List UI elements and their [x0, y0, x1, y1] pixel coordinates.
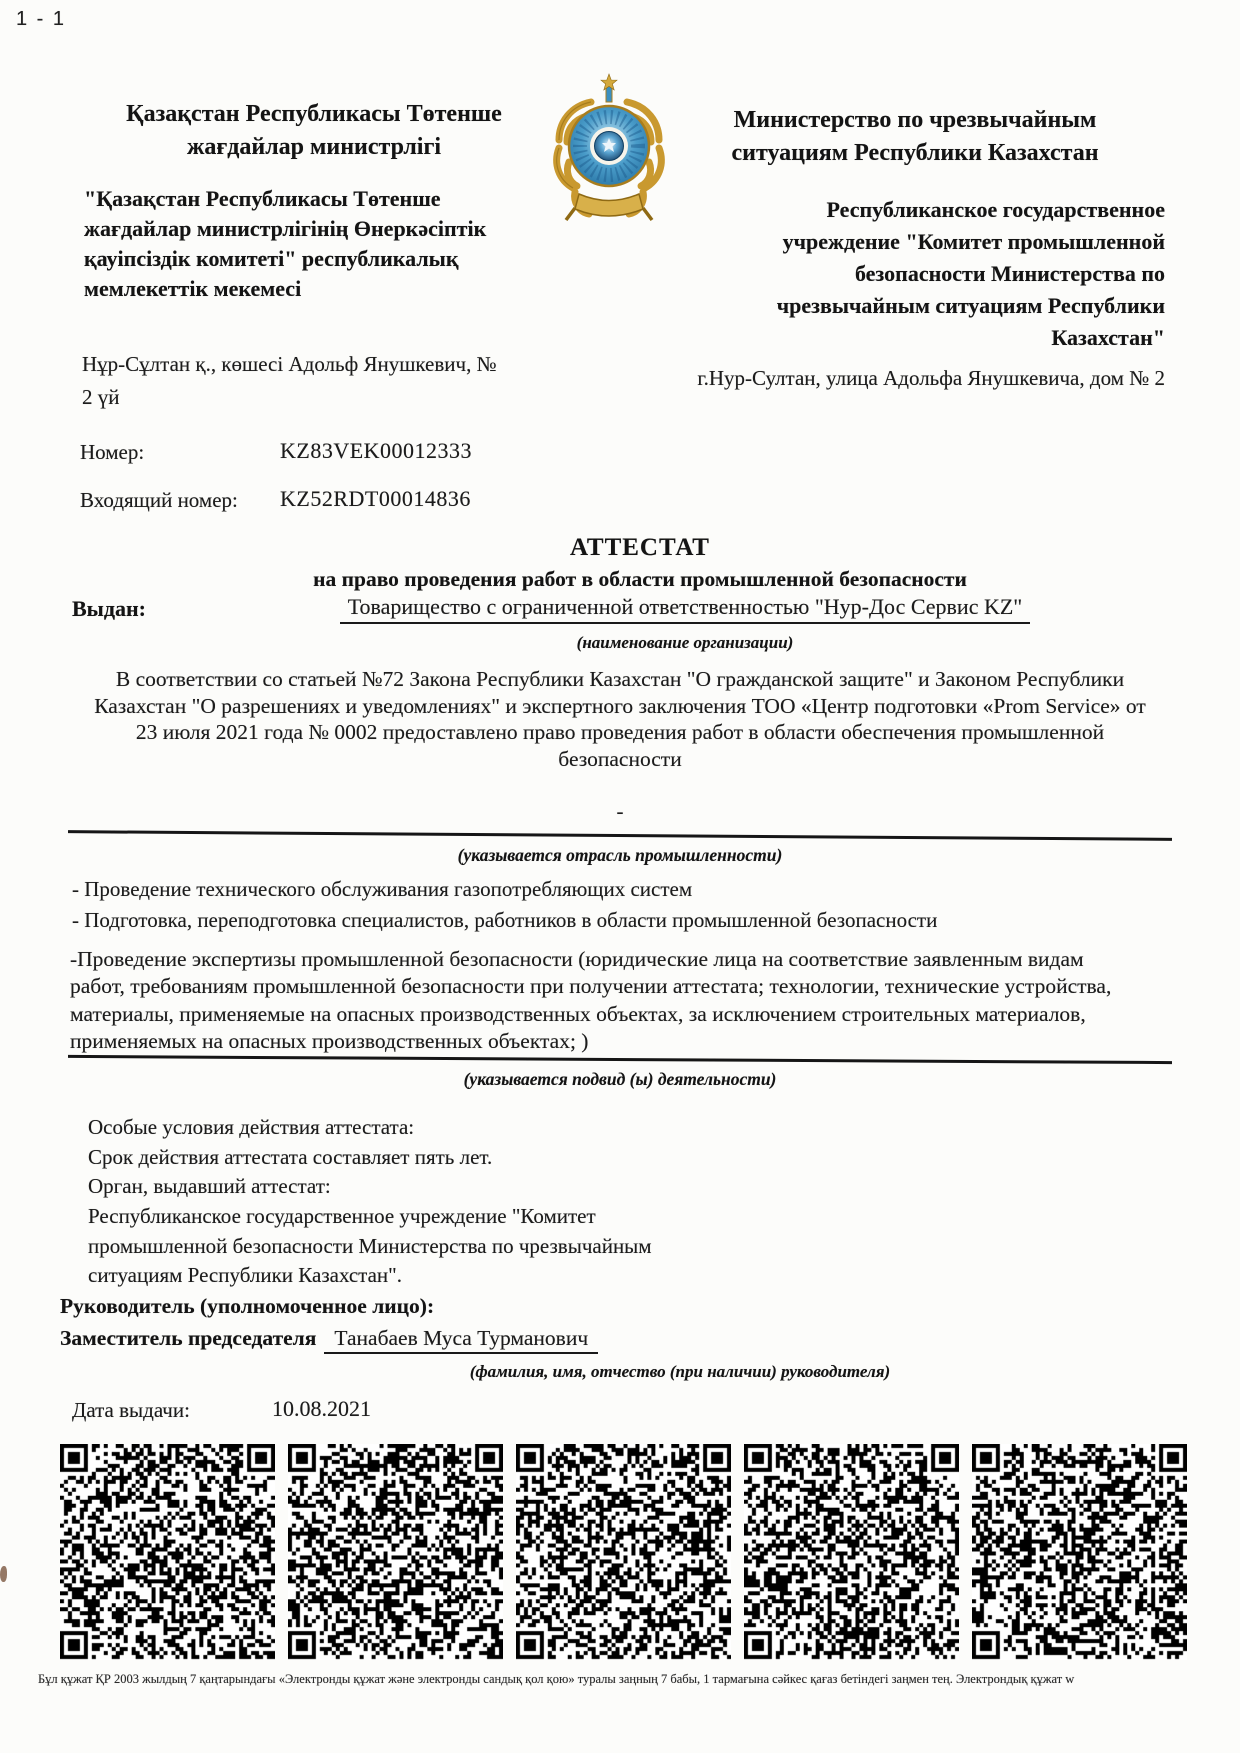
industry-rule-line: [68, 830, 1172, 841]
qr-code: [288, 1444, 503, 1660]
signatory-line: Заместитель председателяТанабаев Муса Ту…: [60, 1326, 598, 1351]
subtype-rule-line: [68, 1055, 1172, 1064]
certificate-subtitle: на право проведения работ в области пром…: [60, 567, 1220, 592]
authority-label-line: Орган, выдавший аттестат:: [88, 1172, 788, 1202]
issued-to-label: Выдан:: [72, 596, 146, 622]
industry-placeholder-dash: -: [0, 799, 1240, 824]
organization-line: Товарищество с ограниченной ответственно…: [240, 594, 1130, 624]
certificate-title: АТТЕСТАТ: [60, 534, 1220, 562]
validity-line: Срок действия аттестата составляет пять …: [88, 1143, 788, 1173]
conditions-block: Особые условия действия аттестата: Срок …: [88, 1113, 788, 1202]
institution-name-kazakh: "Қазақстан Республикасы Төтенше жағдайла…: [84, 184, 524, 304]
issue-date-value: 10.08.2021: [272, 1396, 371, 1422]
qr-code: [744, 1444, 959, 1660]
legal-basis-paragraph: В соответствии со статьей №72 Закона Рес…: [90, 666, 1150, 772]
address-kazakh: Нұр-Сұлтан қ., көшесі Адольф Янушкевич, …: [82, 348, 512, 414]
qr-code-row: [60, 1444, 1187, 1660]
electronic-document-note: Бұл құжат ҚР 2003 жылдың 7 қаңтарындағы …: [38, 1672, 1238, 1687]
scan-artifact: [0, 1566, 7, 1582]
signatory-name: Танабаев Муса Турманович: [324, 1326, 598, 1354]
issue-date-label: Дата выдачи:: [72, 1398, 190, 1423]
work-item: - Проведение технического обслуживания г…: [72, 877, 1192, 902]
qr-code: [60, 1444, 275, 1660]
address-russian: г.Нур-Султан, улица Адольфа Янушкевича, …: [665, 362, 1165, 395]
expertise-paragraph: -Проведение экспертизы промышленной безо…: [70, 946, 1120, 1055]
signatory-caption: (фамилия, имя, отчество (при наличии) ру…: [280, 1362, 1080, 1382]
page-number: 1 - 1: [16, 8, 66, 31]
qr-code: [972, 1444, 1187, 1660]
qr-code: [516, 1444, 731, 1660]
incoming-number-value: KZ52RDT00014836: [280, 486, 471, 512]
work-item: - Подготовка, переподготовка специалисто…: [72, 908, 1192, 933]
industry-caption: (указывается отрасль промышленности): [0, 845, 1240, 866]
number-value: KZ83VEK00012333: [280, 438, 472, 464]
authority-name-paragraph: Республиканское государственное учрежден…: [88, 1202, 708, 1291]
ministry-title-kazakh: Қазақстан Республикасы Төтенше жағдайлар…: [84, 98, 544, 164]
organization-caption: (наименование организации): [240, 633, 1130, 653]
signatory-position: Заместитель председателя: [60, 1326, 316, 1350]
organization-name: Товарищество с ограниченной ответственно…: [340, 594, 1031, 624]
certificate-document-page: 1 - 1 Қазақстан Республикасы Төтенше жағ…: [0, 0, 1240, 1753]
kazakhstan-emblem-icon: [545, 72, 673, 228]
institution-name-russian: Республиканское государственное учрежден…: [705, 194, 1165, 354]
special-conditions-line: Особые условия действия аттестата:: [88, 1113, 788, 1143]
number-label: Номер:: [80, 440, 144, 465]
incoming-number-label: Входящий номер:: [80, 488, 238, 513]
head-label: Руководитель (уполномоченное лицо):: [60, 1294, 434, 1319]
subtype-caption: (указывается подвид (ы) деятельности): [0, 1069, 1240, 1090]
ministry-title-russian: Министерство по чрезвычайным ситуациям Р…: [695, 104, 1135, 170]
